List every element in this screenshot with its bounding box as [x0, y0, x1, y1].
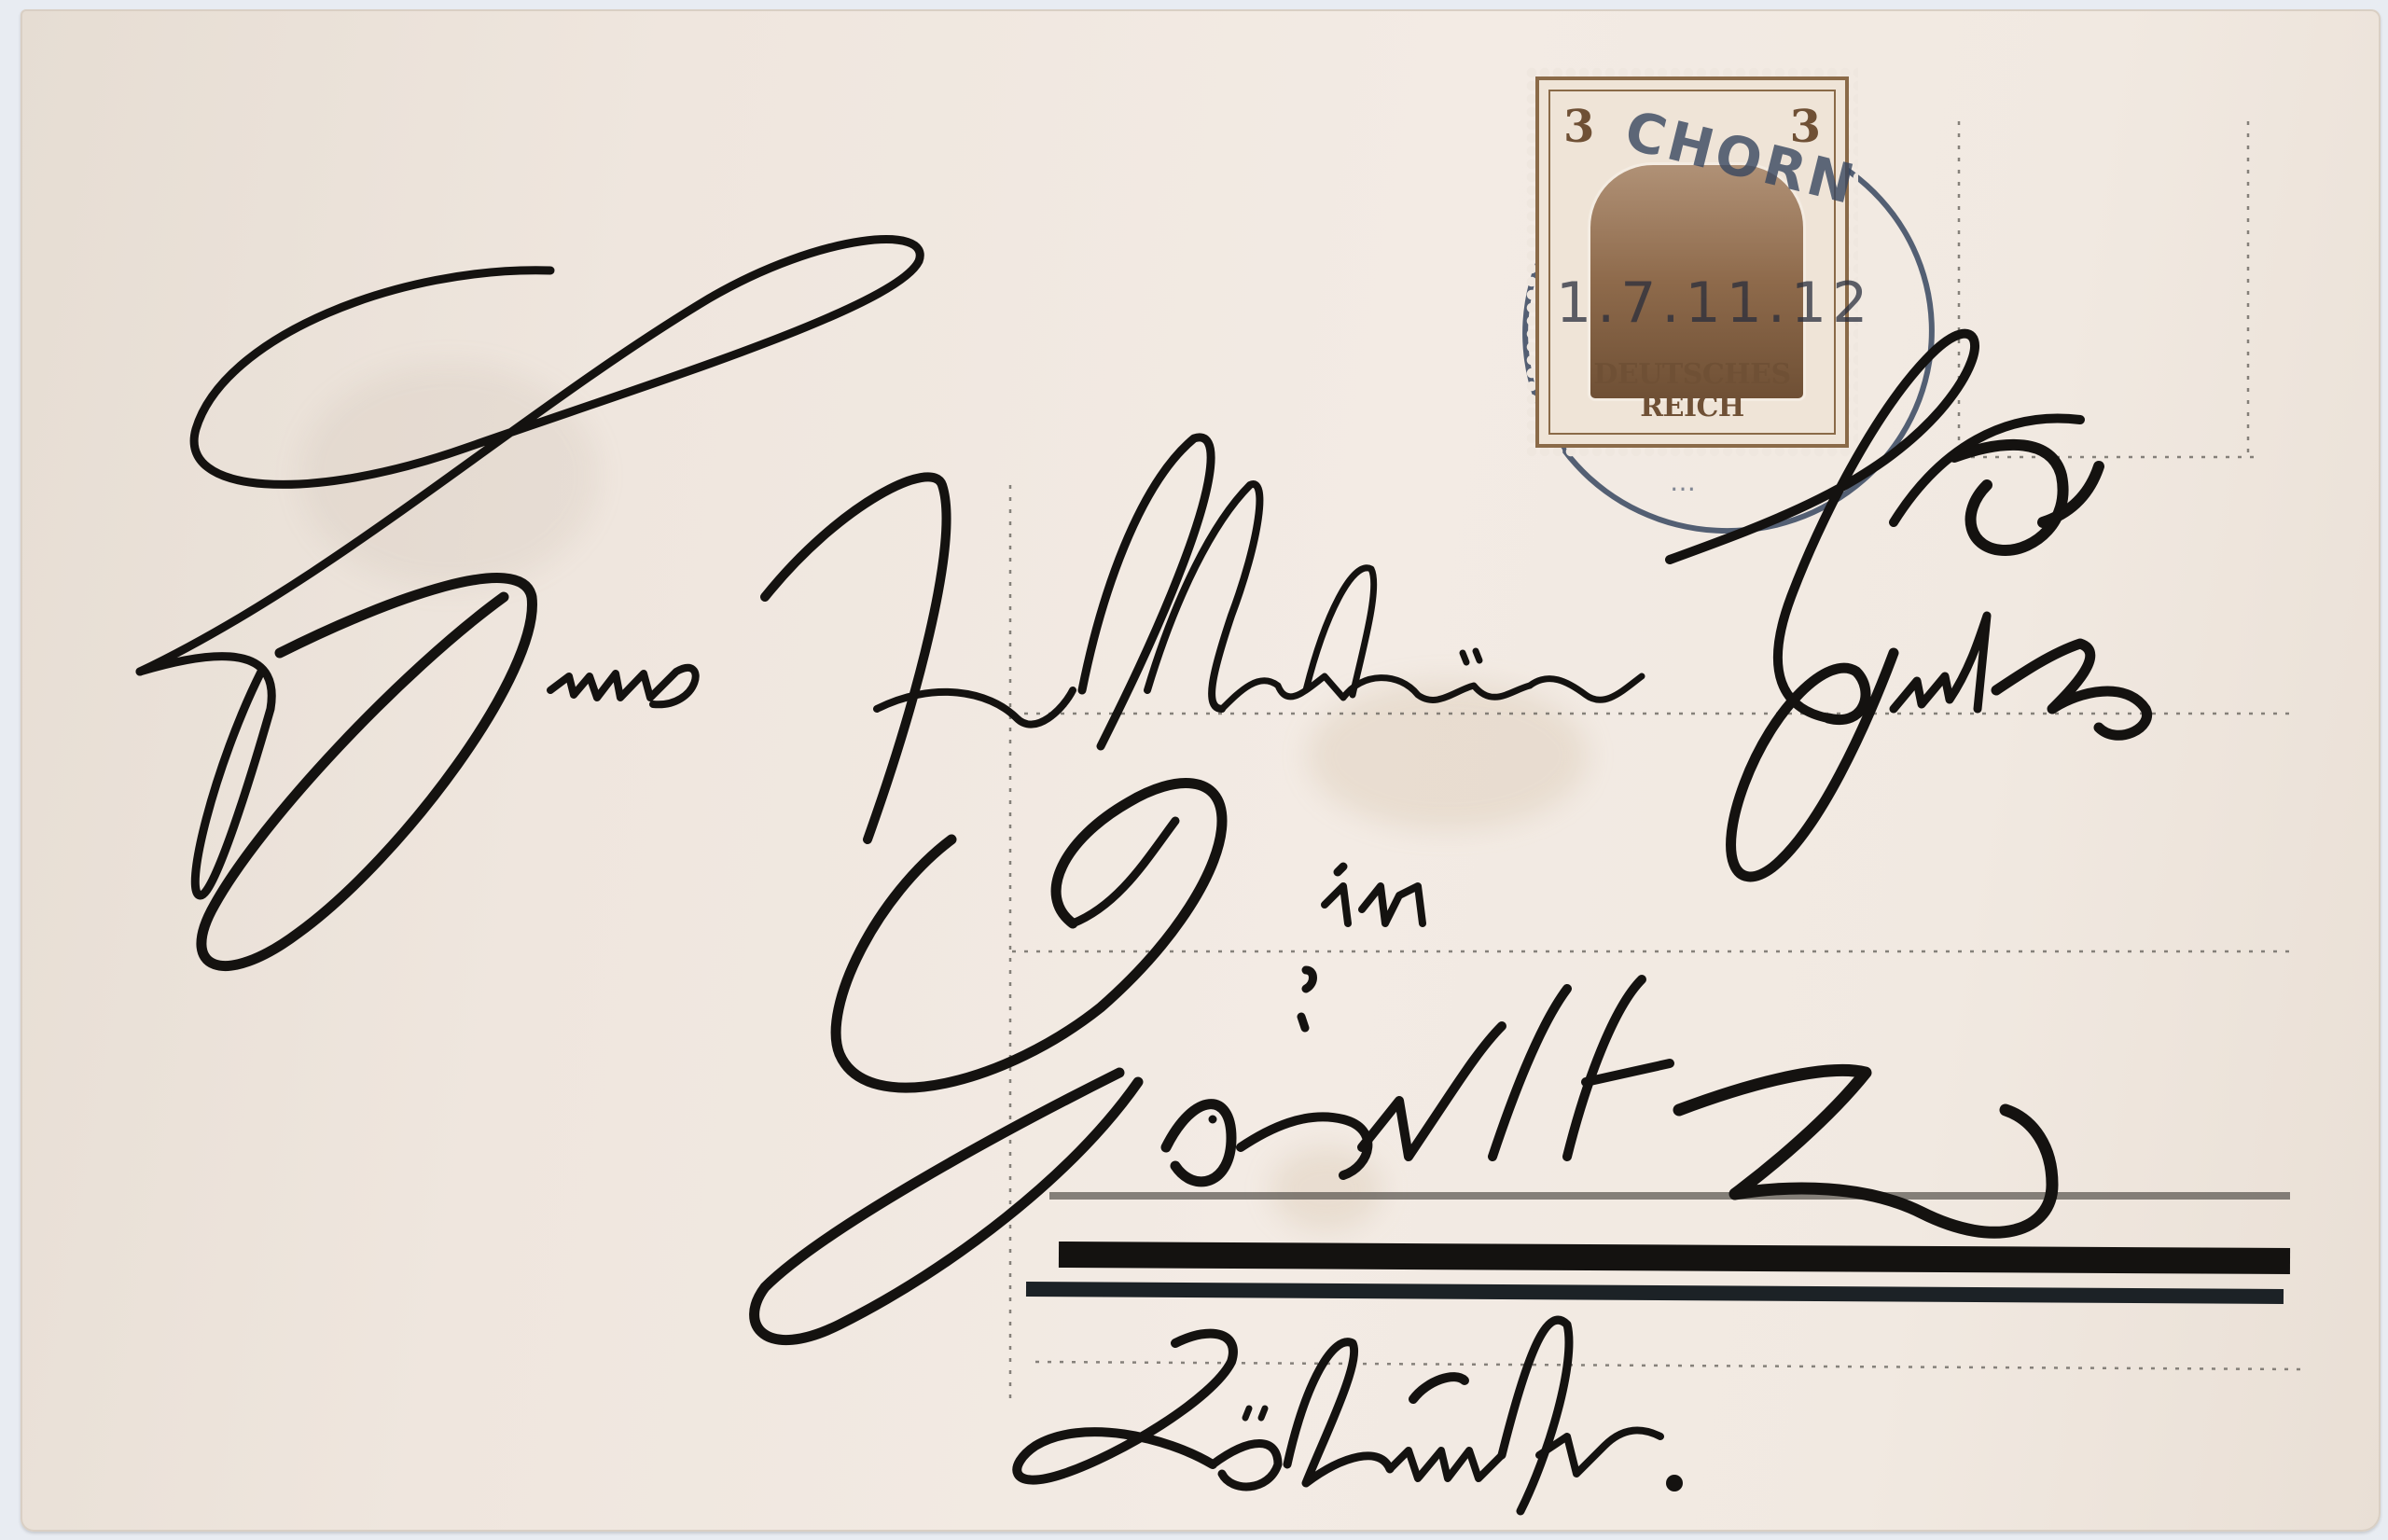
water-stain — [1270, 1147, 1382, 1231]
postmark-bottom-text: … — [1670, 466, 1701, 497]
postcard — [21, 9, 2381, 1532]
water-stain — [1308, 681, 1588, 830]
water-stain — [300, 364, 599, 588]
postmark-date: 1.7.11.12 — [1556, 271, 1873, 336]
stamp-country: DEUTSCHES REICH — [1552, 358, 1832, 423]
stamp-value-left: 3 — [1563, 101, 1594, 153]
